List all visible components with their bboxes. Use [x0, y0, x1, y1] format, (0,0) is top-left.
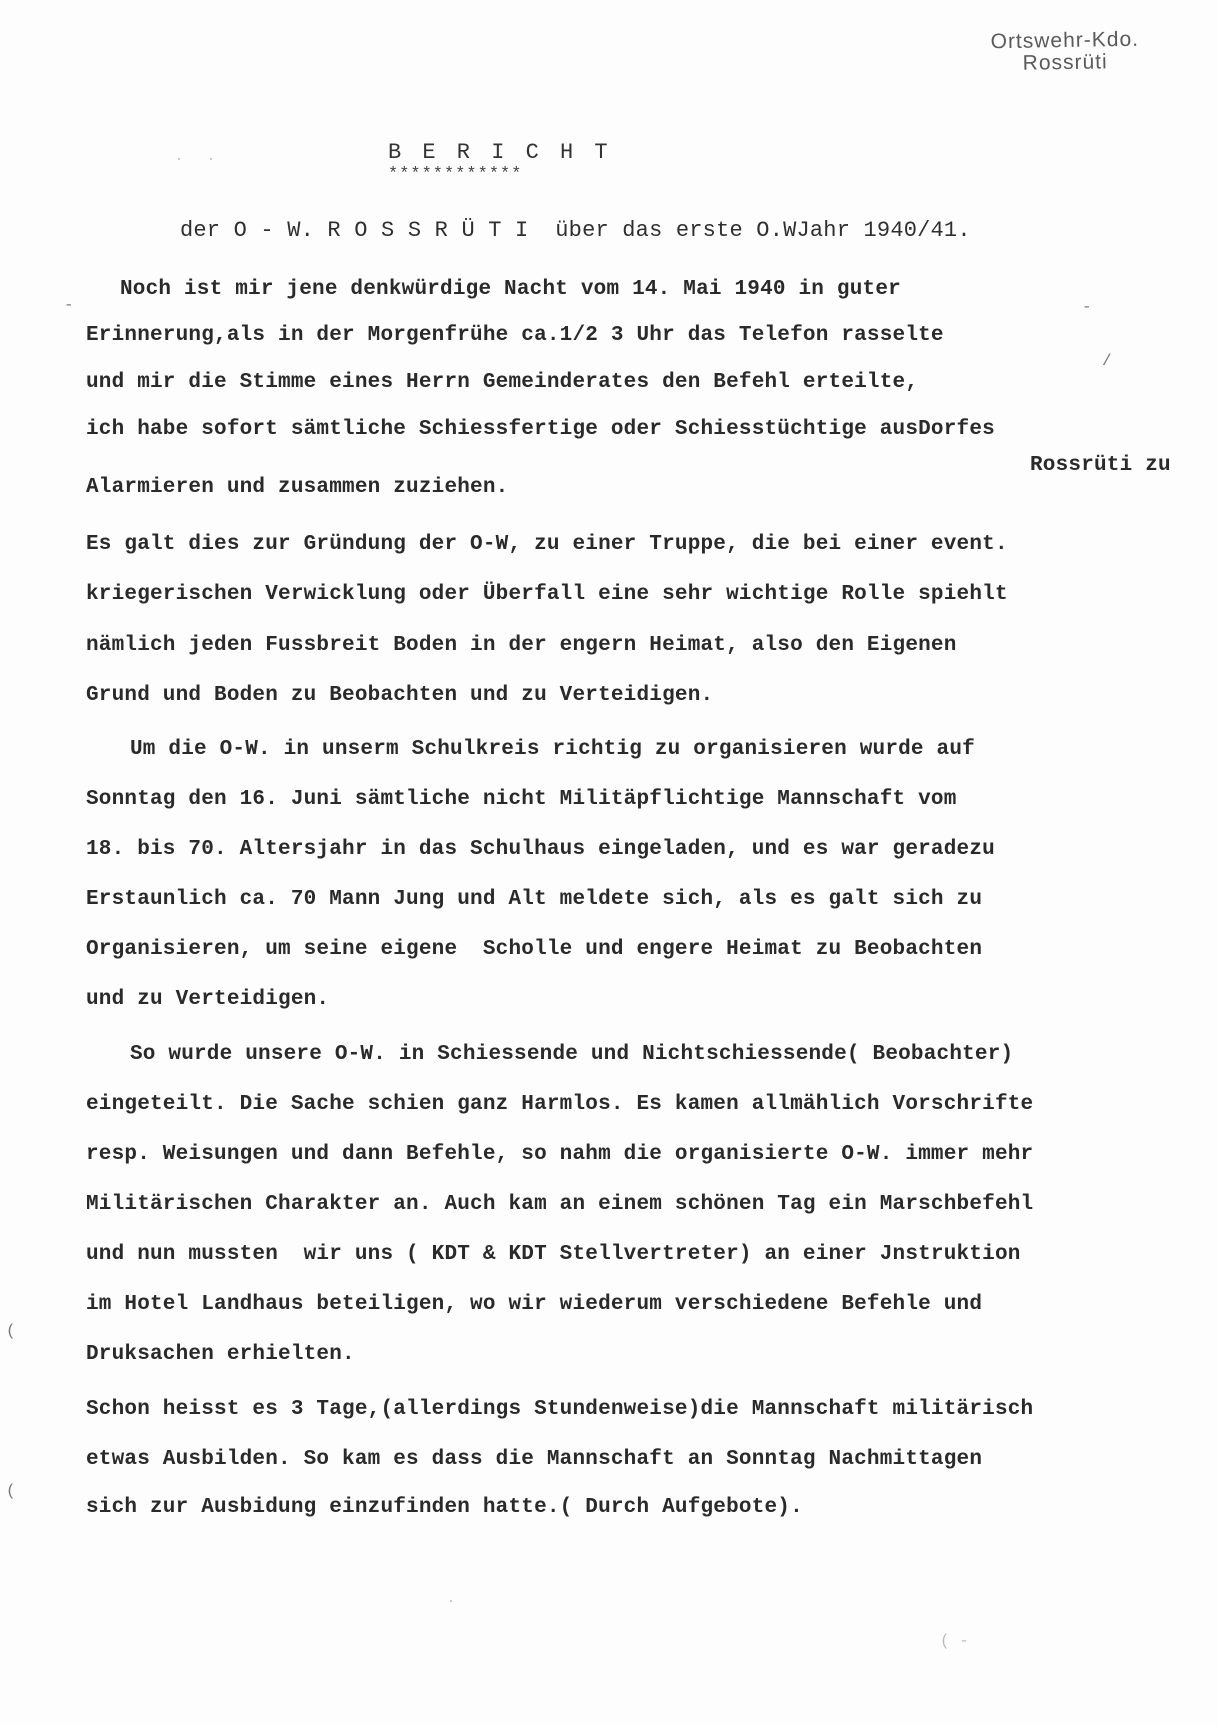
typed-line: Rossrüti zu: [1030, 454, 1171, 477]
margin-paren-mark: (: [6, 1322, 16, 1340]
margin-dash-mark: -: [1082, 298, 1092, 316]
typed-line: kriegerischen Verwicklung oder Überfall …: [86, 583, 1008, 606]
typed-line: Alarmieren und zusammen zuziehen.: [86, 476, 508, 499]
typed-line: nämlich jeden Fussbreit Boden in der eng…: [86, 634, 957, 657]
typed-line: Organisieren, um seine eigene Scholle un…: [86, 938, 982, 961]
typed-line: Grund und Boden zu Beobachten und zu Ver…: [86, 684, 713, 707]
typed-line: im Hotel Landhaus beteiligen, wo wir wie…: [86, 1293, 982, 1316]
typed-line: Druksachen erhielten.: [86, 1343, 355, 1366]
typed-line: Schon heisst es 3 Tage,(allerdings Stund…: [86, 1398, 1033, 1421]
typed-line: resp. Weisungen und dann Befehle, so nah…: [86, 1143, 1033, 1166]
typed-line: und zu Verteidigen.: [86, 988, 329, 1011]
report-title: B E R I C H T: [388, 140, 612, 165]
typed-line: Sonntag den 16. Juni sämtliche nicht Mil…: [86, 788, 957, 811]
command-stamp: Ortswehr-Kdo. Rossrüti: [950, 28, 1181, 76]
typed-line: Es galt dies zur Gründung der O-W, zu ei…: [86, 533, 1008, 556]
margin-paren-mark: (: [6, 1482, 16, 1500]
typed-line: Um die O-W. in unserm Schulkreis richtig…: [130, 738, 975, 761]
stamp-line-2: Rossrüti: [950, 50, 1180, 76]
typed-line: eingeteilt. Die Sache schien ganz Harmlo…: [86, 1093, 1033, 1116]
typed-line: 18. bis 70. Altersjahr in das Schulhaus …: [86, 838, 995, 861]
typed-line: ich habe sofort sämtliche Schiessfertige…: [86, 418, 995, 441]
paper-speck: [178, 158, 180, 160]
paper-speck: [450, 1600, 452, 1602]
typed-line: Militärischen Charakter an. Auch kam an …: [86, 1193, 1033, 1216]
typed-line: Erinnerung,als in der Morgenfrühe ca.1/2…: [86, 324, 944, 347]
document-page: Ortswehr-Kdo. Rossrüti B E R I C H T ***…: [0, 0, 1218, 1725]
typed-line: So wurde unsere O-W. in Schiessende und …: [130, 1043, 1013, 1066]
report-subtitle: der O - W. R O S S R Ü T I über das erst…: [180, 218, 971, 243]
typed-line: etwas Ausbilden. So kam es dass die Mann…: [86, 1448, 982, 1471]
typed-line: sich zur Ausbidung einzufinden hatte.( D…: [86, 1496, 803, 1519]
paper-speck: [210, 158, 212, 160]
margin-dash-mark: -: [64, 296, 74, 314]
margin-paren-mark: ( -: [940, 1632, 969, 1650]
typed-line: Noch ist mir jene denkwürdige Nacht vom …: [120, 278, 901, 301]
typed-line: Erstaunlich ca. 70 Mann Jung und Alt mel…: [86, 888, 982, 911]
typed-line: und mir die Stimme eines Herrn Gemeinder…: [86, 371, 918, 394]
title-underline: ************: [388, 165, 522, 184]
margin-slash-mark: /: [1102, 352, 1112, 370]
typed-line: und nun mussten wir uns ( KDT & KDT Stel…: [86, 1243, 1021, 1266]
